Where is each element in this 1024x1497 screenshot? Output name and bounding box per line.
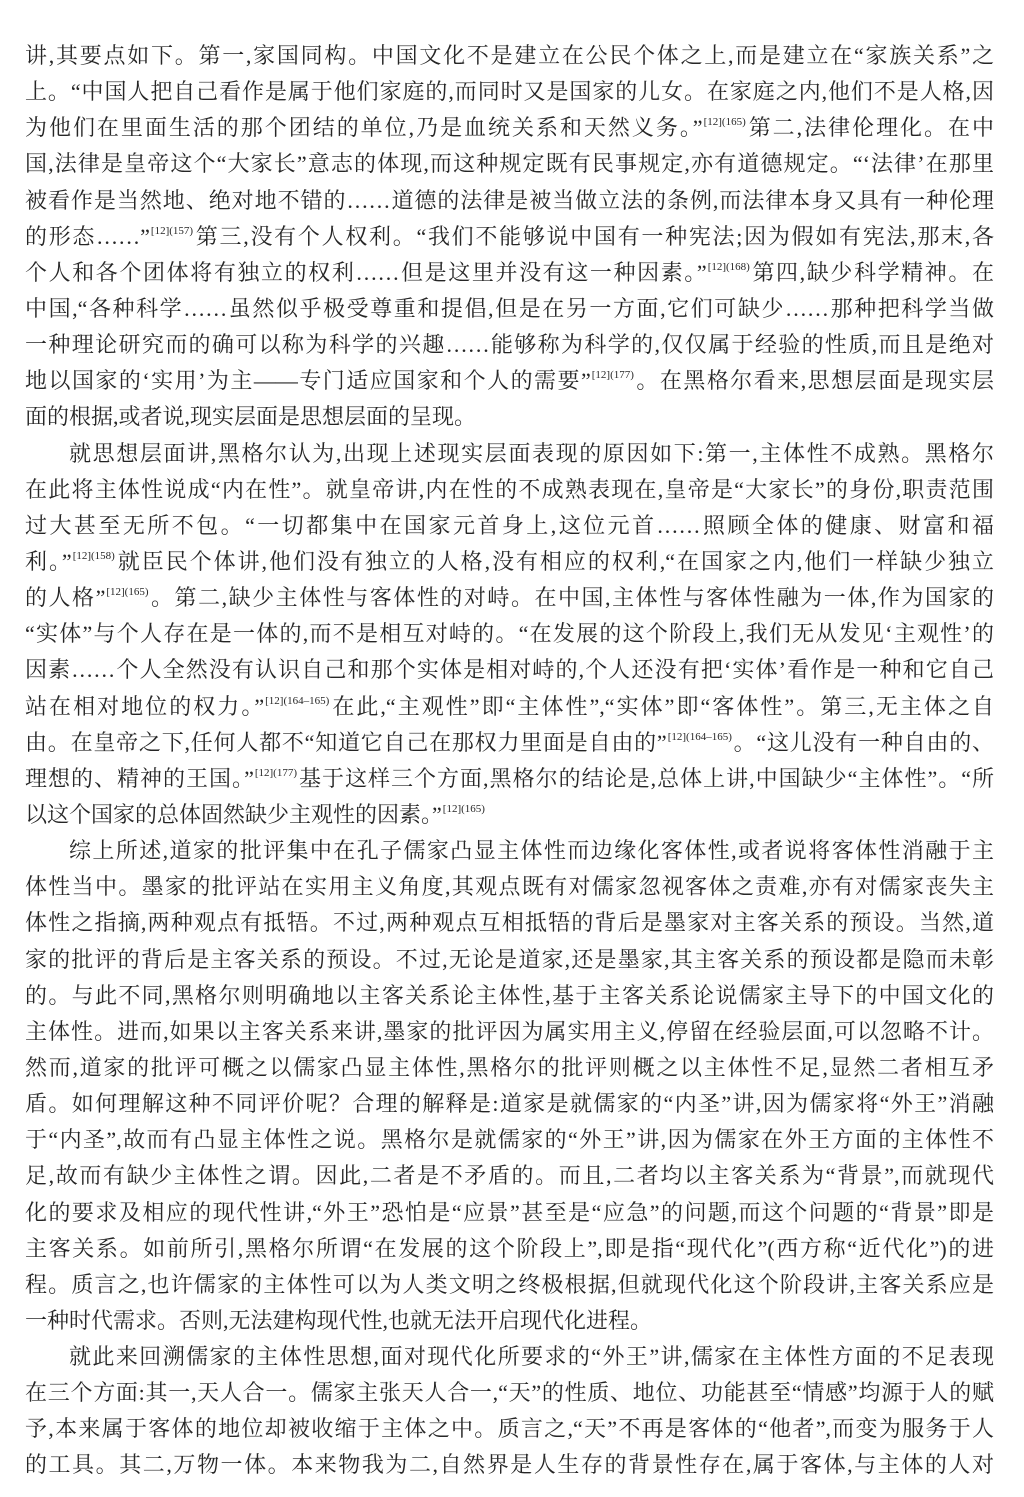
line-text: 一种时代需求。否则,无法建构现代性,也就无法开启现代化进程。 <box>25 1308 652 1333</box>
text-line: 利。”[12](158)就臣民个体讲,他们没有独立的人格,没有相应的权利,“在国… <box>25 544 994 580</box>
text-line: 以这个国家的总体固然缺少主观性的因素。”[12](165) <box>25 797 994 833</box>
line-text: 的形态……” <box>25 224 150 249</box>
text-line: 家的批评的背后是主客关系的预设。不过,无论是道家,还是墨家,其主客关系的预设都是… <box>25 942 994 978</box>
text-line: 一种时代需求。否则,无法建构现代性,也就无法开启现代化进程。 <box>25 1303 994 1339</box>
citation-ref: [12](164–165) <box>668 732 732 743</box>
line-text: 就臣民个体讲,他们没有独立的人格,没有相应的权利,“在国家之内,他们一样缺少独立 <box>116 549 994 574</box>
text-line: 足,故而有缺少主体性之谓。因此,二者是不矛盾的。而且,二者均以主客关系为“背景”… <box>25 1158 994 1194</box>
line-text: 为他们在里面生活的那个团结的单位,乃是血统关系和天然义务。” <box>25 115 703 140</box>
text-line: 过大甚至无所不包。“一切都集中在国家元首身上,这位元首……照顾全体的健康、财富和… <box>25 508 994 544</box>
text-line: 由。在皇帝之下,任何人都不“知道它自己在那权力里面是自由的”[12](164–1… <box>25 725 994 761</box>
line-text: 于“内圣”,故而有凸显主体性之说。黑格尔是就儒家的“外王”讲,因为儒家在外王方面… <box>25 1127 994 1152</box>
line-text: 化的要求及相应的现代性讲,“外王”恐怕是“应景”甚至是“应急”的问题,而这个问题… <box>25 1200 994 1225</box>
text-line: 为他们在里面生活的那个团结的单位,乃是血统关系和天然义务。”[12](165)第… <box>25 110 994 146</box>
line-text: 一种理论研究而的确可以称为科学的兴趣……能够称为科学的,仅仅属于经验的性质,而且… <box>25 332 994 357</box>
text-line: 因素……个人全然没有认识自己和那个实体是相对峙的,个人还没有把‘实体’看作是一种… <box>25 652 994 688</box>
line-text: 理想的、精神的王国。” <box>25 766 254 791</box>
line-text: 以这个国家的总体固然缺少主观性的因素。” <box>25 802 442 827</box>
text-line: 站在相对地位的权力。”[12](164–165)在此,“主观性”即“主体性”,“… <box>25 689 994 725</box>
line-text: 被看作是当然地、绝对地不错的……道德的法律是被当做立法的条例,而法律本身又具有一… <box>25 188 994 213</box>
text-line: 在三个方面:其一,天人合一。儒家主张天人合一,“天”的性质、地位、功能甚至“情感… <box>25 1375 994 1411</box>
line-text: 国,法律是皇帝这个“大家长”意志的体现,而这种规定既有民事规定,亦有道德规定。“… <box>25 151 994 176</box>
text-line: 就此来回溯儒家的主体性思想,面对现代化所要求的“外王”讲,儒家在主体性方面的不足… <box>25 1339 994 1375</box>
citation-ref: [12](164–165) <box>265 696 329 707</box>
line-text: 在三个方面:其一,天人合一。儒家主张天人合一,“天”的性质、地位、功能甚至“情感… <box>25 1380 994 1405</box>
line-text: 个人和各个团体将有独立的权利……但是这里并没有这一种因素。” <box>25 260 707 285</box>
citation-ref: [12](165) <box>704 117 746 128</box>
citation-ref: [12](177) <box>255 768 297 779</box>
line-text: 就此来回溯儒家的主体性思想,面对现代化所要求的“外王”讲,儒家在主体性方面的不足… <box>69 1344 994 1369</box>
text-line: 主客关系。如前所引,黑格尔所谓“在发展的这个阶段上”,即是指“现代化”(西方称“… <box>25 1231 994 1267</box>
line-text: 第三,没有个人权利。“我们不能够说中国有一种宪法;因为假如有宪法,那末,各 <box>194 224 994 249</box>
line-text: 盾。如何理解这种不同评价呢？合理的解释是:道家是就儒家的“内圣”讲,因为儒家将“… <box>25 1091 994 1116</box>
paragraph-hegel-reality-level: 讲,其要点如下。第一,家国同构。中国文化不是建立在公民个体之上,而是建立在“家族… <box>25 38 994 436</box>
text-line: 化的要求及相应的现代性讲,“外王”恐怕是“应景”甚至是“应急”的问题,而这个问题… <box>25 1195 994 1231</box>
line-text: 中国,“各种科学……虽然似乎极受尊重和提倡,但是在另一方面,它们可缺少……那种把… <box>25 296 994 321</box>
line-text: 上。“中国人把自己看作是属于他们家庭的,而同时又是国家的儿女。在家庭之内,他们不… <box>25 79 994 104</box>
line-text: 足,故而有缺少主体性之谓。因此,二者是不矛盾的。而且,二者均以主客关系为“背景”… <box>25 1163 994 1188</box>
text-line: 上。“中国人把自己看作是属于他们家庭的,而同时又是国家的儿女。在家庭之内,他们不… <box>25 74 994 110</box>
citation-ref: [12](168) <box>708 262 750 273</box>
citation-ref: [12](165) <box>106 587 148 598</box>
text-line: 个人和各个团体将有独立的权利……但是这里并没有这一种因素。”[12](168)第… <box>25 255 994 291</box>
text-line: 体性当中。墨家的批评站在实用主义角度,其观点既有对儒家忽视客体之责难,亦有对儒家… <box>25 869 994 905</box>
text-line: 一种理论研究而的确可以称为科学的兴趣……能够称为科学的,仅仅属于经验的性质,而且… <box>25 327 994 363</box>
line-text: 就思想层面讲,黑格尔认为,出现上述现实层面表现的原因如下:第一,主体性不成熟。黑… <box>69 441 994 466</box>
line-text: 家的批评的背后是主客关系的预设。不过,无论是道家,还是墨家,其主客关系的预设都是… <box>25 947 994 972</box>
text-line: 的。与此不同,黑格尔则明确地以主客关系论主体性,基于主客关系论说儒家主导下的中国… <box>25 978 994 1014</box>
line-text: 因素……个人全然没有认识自己和那个实体是相对峙的,个人还没有把‘实体’看作是一种… <box>25 657 994 682</box>
line-text: 体性当中。墨家的批评站在实用主义角度,其观点既有对儒家忽视客体之责难,亦有对儒家… <box>25 874 994 899</box>
line-text: 第二,法律伦理化。在中 <box>747 115 994 140</box>
line-text: 予,本来属于客体的地位却被收缩于主体之中。质言之,“天”不再是客体的“他者”,而… <box>25 1416 994 1441</box>
line-text: 过大甚至无所不包。“一切都集中在国家元首身上,这位元首……照顾全体的健康、财富和… <box>25 513 994 538</box>
line-text: 的工具。其二,万物一体。本来物我为二,自然界是人生存的背景性存在,属于客体,与主… <box>25 1452 994 1477</box>
text-line: 的形态……”[12](157)第三,没有个人权利。“我们不能够说中国有一种宪法;… <box>25 219 994 255</box>
line-text: 。在黑格尔看来,思想层面是现实层 <box>635 368 994 393</box>
line-text: 站在相对地位的权力。” <box>25 694 264 719</box>
text-line: 理想的、精神的王国。”[12](177)基于这样三个方面,黑格尔的结论是,总体上… <box>25 761 994 797</box>
line-text: 面的根据,或者说,现实层面是思想层面的呈现。 <box>25 404 476 429</box>
text-line: 中国,“各种科学……虽然似乎极受尊重和提倡,但是在另一方面,它们可缺少……那种把… <box>25 291 994 327</box>
text-line: 面的根据,或者说,现实层面是思想层面的呈现。 <box>25 399 994 435</box>
document-page: 讲,其要点如下。第一,家国同构。中国文化不是建立在公民个体之上,而是建立在“家族… <box>0 0 1024 1497</box>
text-line: 然而,道家的批评可概之以儒家凸显主体性,黑格尔的批评则概之以主体性不足,显然二者… <box>25 1050 994 1086</box>
text-line: 就思想层面讲,黑格尔认为,出现上述现实层面表现的原因如下:第一,主体性不成熟。黑… <box>25 436 994 472</box>
citation-ref: [12](157) <box>151 226 193 237</box>
line-text: 然而,道家的批评可概之以儒家凸显主体性,黑格尔的批评则概之以主体性不足,显然二者… <box>25 1055 994 1080</box>
line-text: “实体”与个人存在是一体的,而不是相互对峙的。“在发展的这个阶段上,我们无从发见… <box>25 621 994 646</box>
text-line: 予,本来属于客体的地位却被收缩于主体之中。质言之,“天”不再是客体的“他者”,而… <box>25 1411 994 1447</box>
text-line: “实体”与个人存在是一体的,而不是相互对峙的。“在发展的这个阶段上,我们无从发见… <box>25 616 994 652</box>
text-line: 程。质言之,也许儒家的主体性可以为人类文明之终极根据,但就现代化这个阶段讲,主客… <box>25 1267 994 1303</box>
line-text: 综上所述,道家的批评集中在孔子儒家凸显主体性而边缘化客体性,或者说将客体性消融于… <box>69 838 994 863</box>
text-line: 主体性。进而,如果以主客关系来讲,墨家的批评因为属实用主义,停留在经验层面,可以… <box>25 1014 994 1050</box>
line-text: 第四,缺少科学精神。在 <box>751 260 994 285</box>
line-text: 基于这样三个方面,黑格尔的结论是,总体上讲,中国缺少“主体性”。“所 <box>298 766 994 791</box>
line-text: 在此,“主观性”即“主体性”,“实体”即“客体性”。第三,无主体之自 <box>330 694 994 719</box>
line-text: 地以国家的‘实用’为主——专门适应国家和个人的需要” <box>25 368 591 393</box>
line-text: 讲,其要点如下。第一,家国同构。中国文化不是建立在公民个体之上,而是建立在“家族… <box>25 43 994 68</box>
text-line: 地以国家的‘实用’为主——专门适应国家和个人的需要”[12](177)。在黑格尔… <box>25 363 994 399</box>
line-text: 在此将主体性说成“内在性”。就皇帝讲,内在性的不成熟表现在,皇帝是“大家长”的身… <box>25 477 994 502</box>
paragraph-hegel-thought-level: 就思想层面讲,黑格尔认为,出现上述现实层面表现的原因如下:第一,主体性不成熟。黑… <box>25 436 994 834</box>
line-text: 体性之指摘,两种观点有抵牾。不过,两种观点互相抵牾的背后是墨家对主客关系的预设。… <box>25 910 994 935</box>
text-line: 国,法律是皇帝这个“大家长”意志的体现,而这种规定既有民事规定,亦有道德规定。“… <box>25 146 994 182</box>
text-line: 综上所述,道家的批评集中在孔子儒家凸显主体性而边缘化客体性,或者说将客体性消融于… <box>25 833 994 869</box>
paragraph-summary: 综上所述,道家的批评集中在孔子儒家凸显主体性而边缘化客体性,或者说将客体性消融于… <box>25 833 994 1339</box>
text-line: 体性之指摘,两种观点有抵牾。不过,两种观点互相抵牾的背后是墨家对主客关系的预设。… <box>25 905 994 941</box>
line-text: 主体性。进而,如果以主客关系来讲,墨家的批评因为属实用主义,停留在经验层面,可以… <box>25 1019 994 1044</box>
line-text: 程。质言之,也许儒家的主体性可以为人类文明之终极根据,但就现代化这个阶段讲,主客… <box>25 1272 994 1297</box>
citation-ref: [12](158) <box>73 551 115 562</box>
citation-ref: [12](165) <box>443 804 485 815</box>
line-text: 由。在皇帝之下,任何人都不“知道它自己在那权力里面是自由的” <box>25 730 667 755</box>
text-line: 被看作是当然地、绝对地不错的……道德的法律是被当做立法的条例,而法律本身又具有一… <box>25 183 994 219</box>
text-line: 的工具。其二,万物一体。本来物我为二,自然界是人生存的背景性存在,属于客体,与主… <box>25 1447 994 1483</box>
text-line: 于“内圣”,故而有凸显主体性之说。黑格尔是就儒家的“外王”讲,因为儒家在外王方面… <box>25 1122 994 1158</box>
line-text: 。“这儿没有一种自由的、 <box>733 730 994 755</box>
line-text: 。第二,缺少主体性与客体性的对峙。在中国,主体性与客体性融为一体,作为国家的 <box>150 585 995 610</box>
line-text: 利。” <box>25 549 72 574</box>
line-text: 主客关系。如前所引,黑格尔所谓“在发展的这个阶段上”,即是指“现代化”(西方称“… <box>25 1236 994 1261</box>
text-line: 在此将主体性说成“内在性”。就皇帝讲,内在性的不成熟表现在,皇帝是“大家长”的身… <box>25 472 994 508</box>
line-text: 的人格” <box>25 585 105 610</box>
text-line: 的人格”[12](165)。第二,缺少主体性与客体性的对峙。在中国,主体性与客体… <box>25 580 994 616</box>
text-line: 盾。如何理解这种不同评价呢？合理的解释是:道家是就儒家的“内圣”讲,因为儒家将“… <box>25 1086 994 1122</box>
paragraph-confucian-subjectivity: 就此来回溯儒家的主体性思想,面对现代化所要求的“外王”讲,儒家在主体性方面的不足… <box>25 1339 994 1484</box>
text-line: 讲,其要点如下。第一,家国同构。中国文化不是建立在公民个体之上,而是建立在“家族… <box>25 38 994 74</box>
citation-ref: [12](177) <box>592 370 634 381</box>
line-text: 的。与此不同,黑格尔则明确地以主客关系论主体性,基于主客关系论说儒家主导下的中国… <box>25 983 994 1008</box>
